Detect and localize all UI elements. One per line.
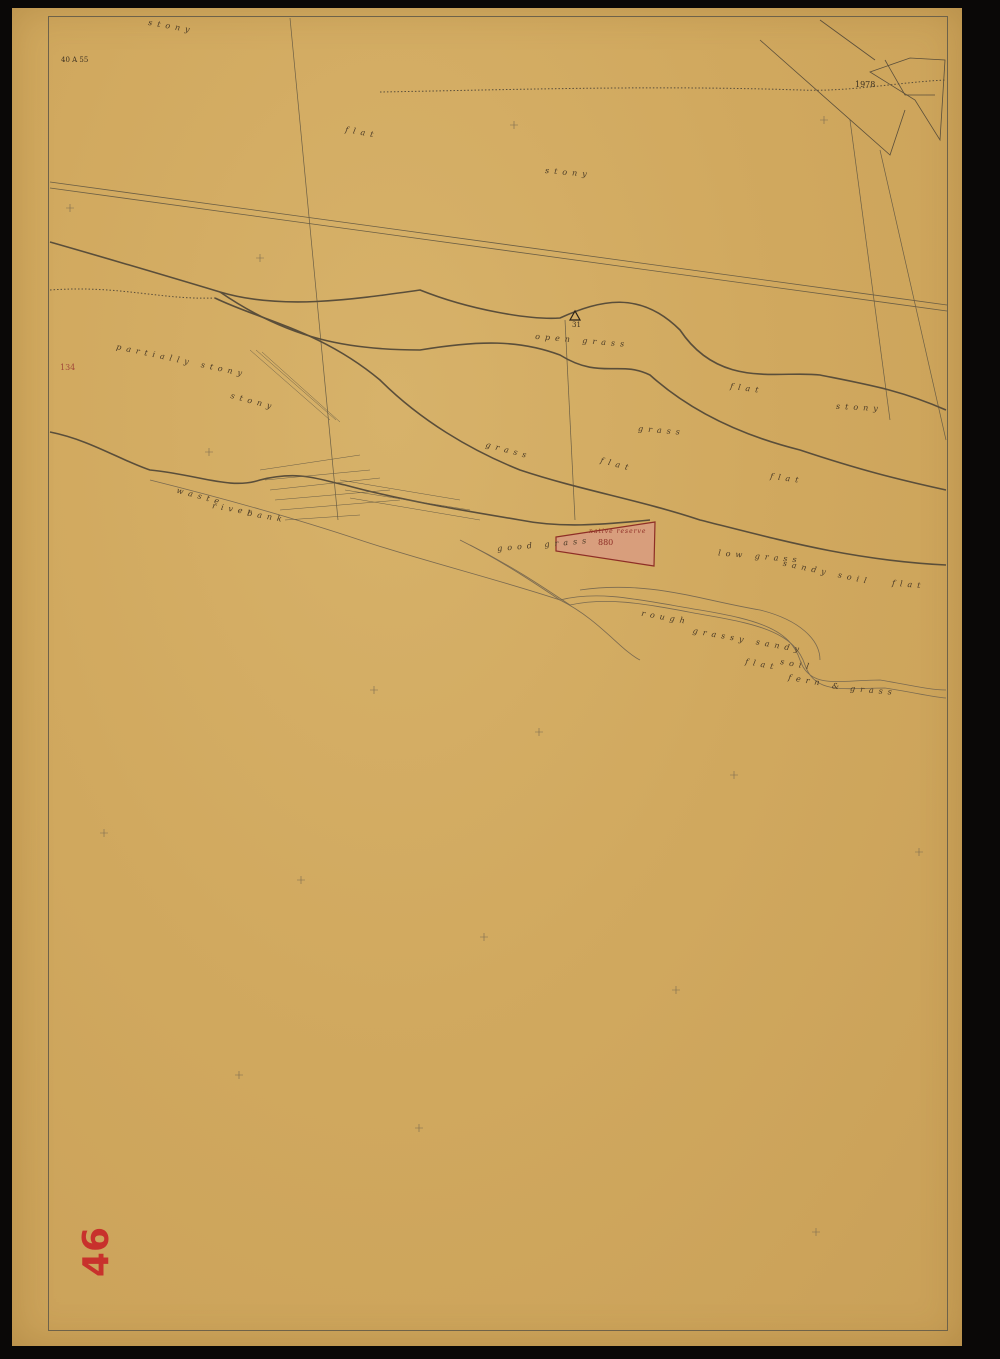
dotted-tracks xyxy=(50,80,946,298)
lot-number-1978: 1978 xyxy=(855,80,875,89)
parcel-label: native reserve xyxy=(589,528,646,535)
road-line xyxy=(50,182,947,311)
plate-number: 46 xyxy=(66,1222,126,1282)
traverse-lines xyxy=(290,18,946,520)
survey-linework xyxy=(0,0,1000,1359)
river-terraces xyxy=(50,242,946,565)
sheet-reference: 40 A 55 xyxy=(61,56,88,64)
swamp-hatching xyxy=(250,350,480,520)
trig-station-label: 31 xyxy=(572,321,581,329)
terrain-label: & xyxy=(832,681,845,691)
settlement-lots xyxy=(760,20,945,155)
parcel-number: 880 xyxy=(598,538,613,547)
lot-number-134: 134 xyxy=(60,363,75,372)
